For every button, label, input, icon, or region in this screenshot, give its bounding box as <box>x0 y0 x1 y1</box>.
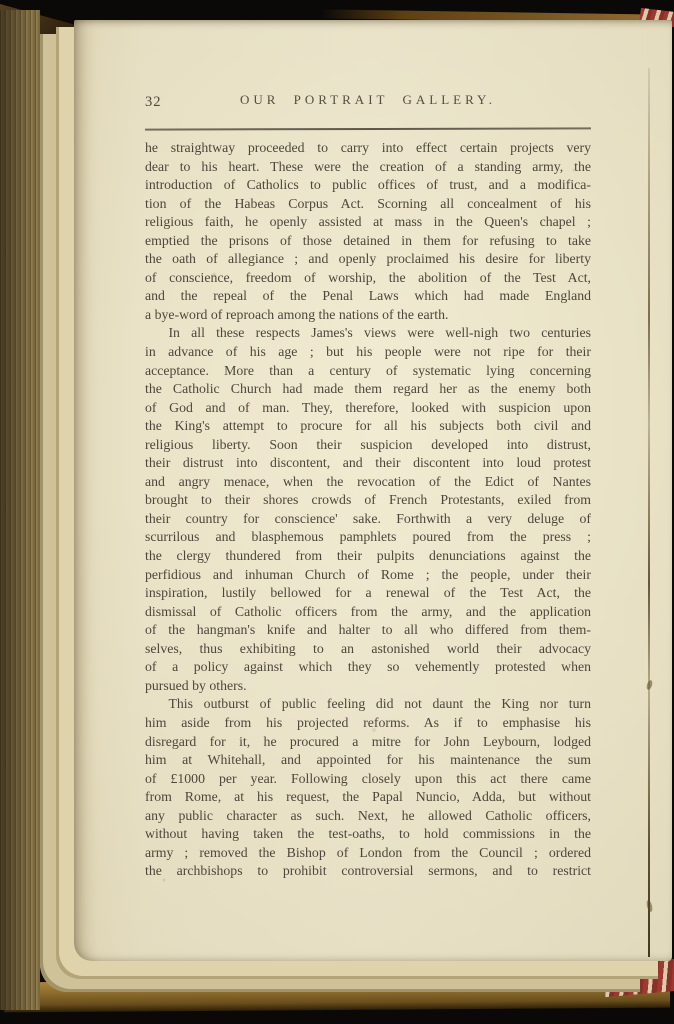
text-line: in advance of his age ; but his people w… <box>145 343 591 362</box>
printed-text-area: 32 OUR PORTRAIT GALLERY. he straightway … <box>145 92 591 881</box>
text-line: their country for conscience' sake. Fort… <box>145 510 591 529</box>
text-line: dismissal of Catholic officers from the … <box>145 603 591 622</box>
header-rule <box>145 127 591 130</box>
paragraph: This outburst of public feeling did not … <box>145 695 591 880</box>
text-line: the archbishops to prohibit controversia… <box>145 862 591 881</box>
paragraph: In all these respects James's views were… <box>145 324 591 695</box>
scanned-book-photo: { "colors": { "background": "#0a0908", "… <box>0 0 674 1024</box>
page-number: 32 <box>145 94 162 111</box>
text-line: brought to their shores crowds of French… <box>145 491 591 510</box>
text-line: inspiration, lustily bellowed for a rene… <box>145 584 591 603</box>
text-line: of the hangman's knife and halter to all… <box>145 621 591 640</box>
text-line: of God and of man. They, therefore, look… <box>145 399 591 418</box>
deckle-nick <box>646 900 654 913</box>
text-line: the clergy thundered from their pulpits … <box>145 547 591 566</box>
paragraph: he straightway proceeded to carry into e… <box>145 139 591 324</box>
text-line: disregard for it, he procured a mitre fo… <box>145 733 591 752</box>
text-line: perfidious and inhuman Church of Rome ; … <box>145 566 591 585</box>
text-line: of £1000 per year. Following closely upo… <box>145 770 591 789</box>
deckle-nick <box>646 679 654 690</box>
text-line: the King's attempt to procure for all hi… <box>145 417 591 436</box>
text-line: from Rome, at his request, the Papal Nun… <box>145 788 591 807</box>
text-line: introduction of Catholics to public offi… <box>145 176 591 195</box>
text-line: religious liberty. Soon their suspicion … <box>145 436 591 455</box>
deckle-edge-line <box>648 68 650 957</box>
text-line: In all these respects James's views were… <box>145 324 591 343</box>
text-line: army ; removed the Bishop of London from… <box>145 844 591 863</box>
page-header: 32 OUR PORTRAIT GALLERY. <box>145 92 591 114</box>
text-line: dear to his heart. These were the creati… <box>145 158 591 177</box>
text-line: any public character as such. Next, he a… <box>145 807 591 826</box>
running-title: OUR PORTRAIT GALLERY. <box>145 92 591 108</box>
text-line: pursued by others. <box>145 677 591 696</box>
text-line: tion of the Habeas Corpus Act. Scorning … <box>145 195 591 214</box>
text-line: of conscience, freedom of worship, the a… <box>145 269 591 288</box>
text-line: a bye-word of reproach among the nations… <box>145 306 591 325</box>
text-line: the oath of allegiance ; and openly proc… <box>145 250 591 269</box>
text-line: him at Whitehall, and appointed for his … <box>145 751 591 770</box>
text-line: their distrust into discontent, and thei… <box>145 454 591 473</box>
book-page: 32 OUR PORTRAIT GALLERY. he straightway … <box>74 20 672 961</box>
text-line: without having taken the test-oaths, to … <box>145 825 591 844</box>
text-line: emptied the prisons of those detained in… <box>145 232 591 251</box>
page-text: he straightway proceeded to carry into e… <box>145 139 591 881</box>
text-line: he straightway proceeded to carry into e… <box>145 139 591 158</box>
page-edges-left <box>0 10 40 1010</box>
text-line: him aside from his projected reforms. As… <box>145 714 591 733</box>
text-line: scurrilous and blasphemous pamphlets pou… <box>145 528 591 547</box>
text-line: acceptance. More than a century of syste… <box>145 362 591 381</box>
text-line: and angry menace, when the revocation of… <box>145 473 591 492</box>
text-line: religious faith, he openly assisted at m… <box>145 213 591 232</box>
text-line: This outburst of public feeling did not … <box>145 695 591 714</box>
text-line: of a policy against which they so veheme… <box>145 658 591 677</box>
text-line: and the repeal of the Penal Laws which h… <box>145 287 591 306</box>
text-line: selves, thus exhibiting to an astonished… <box>145 640 591 659</box>
text-line: the Catholic Church had made them regard… <box>145 380 591 399</box>
